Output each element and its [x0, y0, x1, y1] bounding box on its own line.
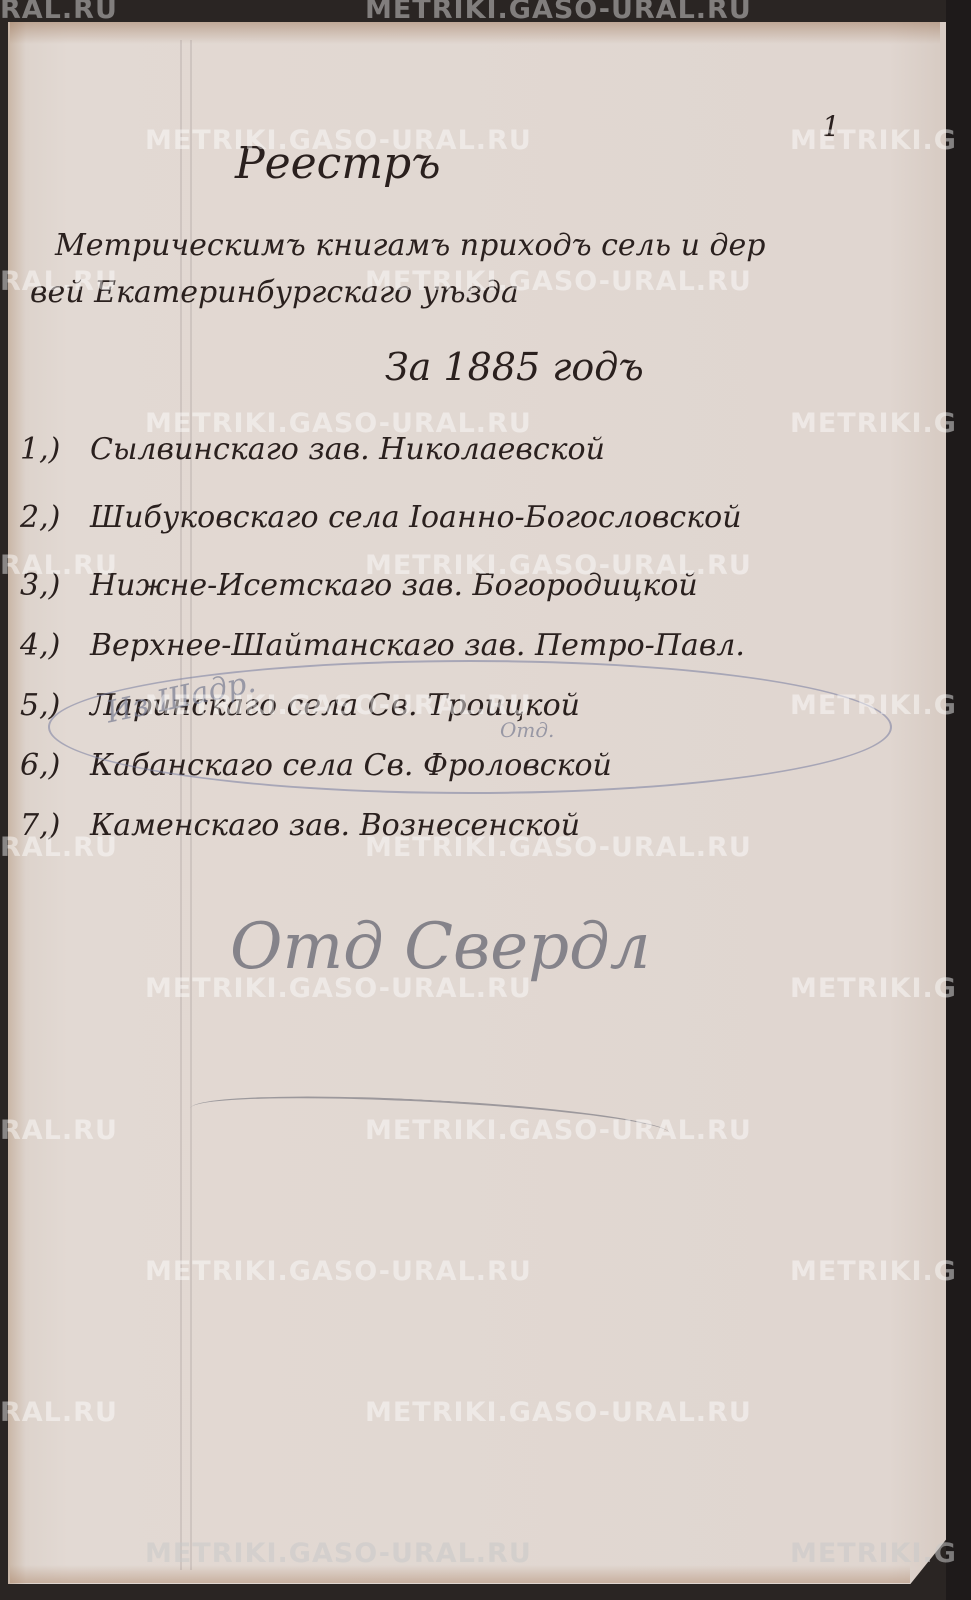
watermark: METRIKI.GASO-URAL.RU [365, 832, 752, 863]
document-subtitle-line1: Метрическимъ книгамъ приходъ сель и дер [55, 228, 765, 263]
watermark: METRIKI.G [790, 408, 957, 439]
watermark: METRIKI.GASO-URAL.RU [145, 1256, 532, 1287]
watermark: METRIKI.GASO-URAL.RU [365, 550, 752, 581]
entry-text: Шибуковскаго села Іоанно-Богословской [90, 500, 742, 535]
watermark: RAL.RU [0, 266, 118, 297]
watermark: METRIKI.GASO-URAL.RU [145, 125, 532, 156]
watermark: METRIKI.G [790, 125, 957, 156]
register-entry: 4,)Верхнее-Шайтанскаго зав. Петро-Павл. [20, 628, 745, 663]
watermark: RAL.RU [0, 550, 118, 581]
watermark: METRIKI.GASO-URAL.RU [145, 1538, 532, 1569]
watermark: METRIKI.GASO-URAL.RU [365, 1115, 752, 1146]
book-spine [946, 0, 971, 1600]
watermark: RAL.RU [0, 832, 118, 863]
pencil-annotation-small: Отд. [500, 718, 554, 742]
watermark: METRIKI.GASO-URAL.RU [365, 0, 752, 25]
entry-number: 4,) [20, 628, 90, 663]
entry-number: 6,) [20, 748, 90, 783]
watermark: METRIKI.G [790, 690, 957, 721]
watermark: METRIKI.GASO-URAL.RU [145, 973, 532, 1004]
watermark: METRIKI.GASO-URAL.RU [365, 266, 752, 297]
register-entry: 2,)Шибуковскаго села Іоанно-Богословской [20, 500, 742, 535]
watermark: METRIKI.G [790, 1538, 957, 1569]
entry-number: 2,) [20, 500, 90, 535]
ruled-margin-line [190, 40, 192, 1570]
watermark: RAL.RU [0, 1397, 118, 1428]
watermark: RAL.RU [0, 1115, 118, 1146]
watermark: METRIKI.GASO-URAL.RU [365, 1397, 752, 1428]
entry-number: 1,) [20, 432, 90, 467]
entry-text: Верхнее-Шайтанскаго зав. Петро-Павл. [90, 628, 745, 663]
watermark: METRIKI.GASO-URAL.RU [145, 690, 532, 721]
watermark: METRIKI.G [790, 973, 957, 1004]
document-year: За 1885 годъ [385, 345, 644, 389]
page-stain-top [10, 22, 940, 44]
watermark: RAL.RU [0, 0, 118, 25]
ruled-margin-line [180, 40, 182, 1570]
watermark: METRIKI.GASO-URAL.RU [145, 408, 532, 439]
watermark: METRIKI.G [790, 1256, 957, 1287]
